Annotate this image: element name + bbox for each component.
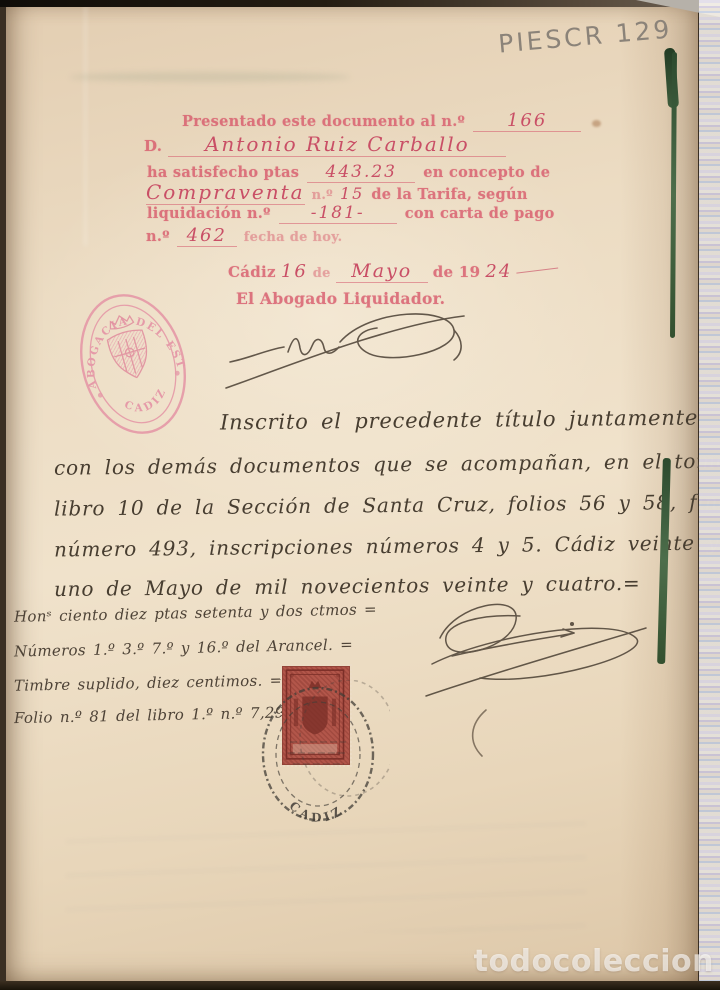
- scan-bottom-edge: [0, 981, 720, 990]
- paid-label: ha satisfecho ptas: [147, 164, 299, 181]
- ink-smudge: [70, 72, 350, 82]
- stamp-date-line: Cádiz 16 de Mayo de 19 24: [228, 260, 559, 283]
- year-value: 24: [485, 261, 512, 282]
- document-page: PIESCR 129 Presentado este documento al …: [6, 6, 698, 982]
- scanner-stripe-band: [699, 0, 720, 990]
- concept-value: Compraventa: [146, 180, 305, 205]
- presented-number: 166: [473, 110, 581, 132]
- holder-name: Antonio Ruiz Carballo: [168, 132, 506, 157]
- liquidation-label: liquidación n.º: [147, 205, 271, 222]
- fee-note-line: Honˢ ciento diez ptas setenta y dos ctmo…: [14, 600, 377, 626]
- liquidador-signature: [218, 300, 468, 395]
- ink-flourish: [460, 706, 494, 760]
- note-line: Inscrito el precedente título juntamente: [220, 405, 698, 434]
- oval-stamp-bottom-text: CADIZ: [119, 383, 174, 420]
- receipt-number: 462: [177, 225, 237, 247]
- today-label: fecha de hoy.: [244, 230, 343, 245]
- fee-note-line: Números 1.º 3.º 7.º y 16.º del Arancel. …: [14, 635, 353, 660]
- cadiz-postmark: CADIZ: [252, 680, 390, 828]
- city-label: Cádiz: [228, 263, 276, 281]
- abogacia-oval-stamp: ABOGACIA DEL ESTADO CADIZ: [60, 278, 207, 451]
- paper-crease: [84, 6, 87, 246]
- receipt-no-label: n.º: [146, 228, 170, 245]
- ink-bleedthrough: [66, 822, 586, 932]
- fee-note-line: Timbre suplido, diez centimos. =: [14, 671, 283, 695]
- scan-top-edge: [0, 0, 720, 7]
- presented-label: Presentado este documento al n.º: [182, 113, 465, 130]
- registrar-signature: [422, 586, 650, 704]
- watermark: todocoleccion: [474, 944, 714, 979]
- tariff-no-label: n.º: [312, 188, 333, 203]
- month-value: Mayo: [336, 260, 428, 283]
- year-strike: [517, 267, 559, 273]
- svg-text:CADIZ: CADIZ: [287, 799, 347, 825]
- year-prefix: de 19: [433, 263, 481, 281]
- tariff-text: de la Tarifa, según: [371, 186, 527, 203]
- paper-stain: [592, 120, 601, 127]
- svg-text:CADIZ: CADIZ: [119, 383, 174, 420]
- concept-label: en concepto de: [423, 164, 550, 181]
- name-prefix: D.: [144, 137, 162, 155]
- scan-background: PIESCR 129 Presentado este documento al …: [0, 0, 720, 990]
- liquidation-number: -181-: [279, 203, 397, 224]
- day-value: 16: [281, 261, 308, 282]
- de-label: de: [313, 266, 331, 281]
- postmark-text: CADIZ: [287, 799, 347, 825]
- tariff-number: 15: [340, 184, 364, 203]
- payment-text: con carta de pago: [405, 205, 555, 222]
